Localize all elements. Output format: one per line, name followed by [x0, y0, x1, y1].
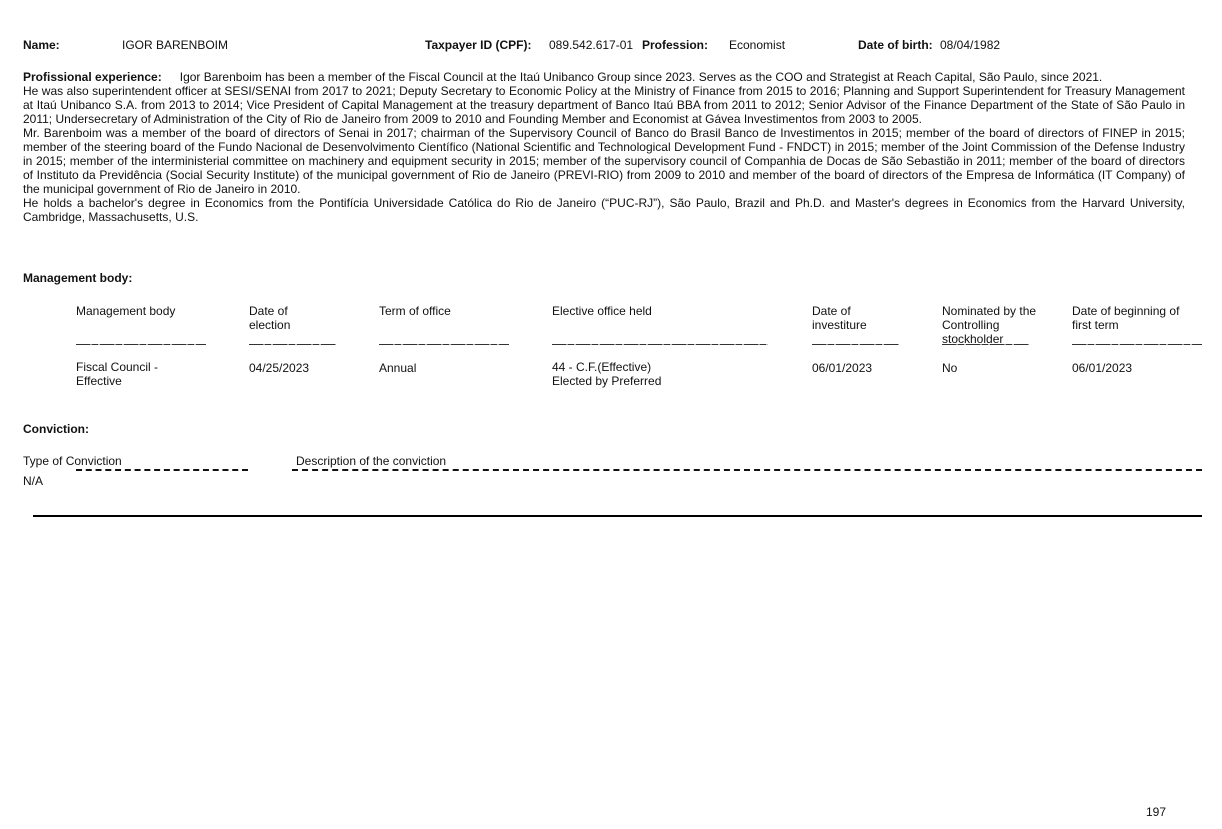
profession-label: Profession: — [642, 38, 708, 52]
education-paragraph: He holds a bachelor's degree in Economic… — [23, 196, 1185, 224]
conviction-type-divider — [76, 469, 248, 471]
management-body-title: Management body: — [23, 271, 132, 285]
column-header-term-of-office: Term of office — [379, 304, 509, 318]
section-end-rule — [33, 515, 1202, 517]
column-header-nominated-by-controlling: Nominated by the Controlling stockholder — [942, 304, 1037, 346]
column-divider — [76, 344, 206, 345]
page-number: 197 — [1146, 805, 1166, 819]
column-divider — [942, 344, 1029, 345]
conviction-title: Conviction: — [23, 422, 89, 436]
cell-date-of-election: 04/25/2023 — [249, 361, 309, 375]
column-header-date-of-election: Date of election — [249, 304, 329, 332]
cell-management-body: Fiscal Council - Effective — [76, 360, 186, 388]
column-header-date-of-investiture: Date of investiture — [812, 304, 892, 332]
conviction-type-value: N/A — [23, 474, 43, 488]
cell-term-of-office: Annual — [379, 361, 416, 375]
professional-experience: Profissional experience:Igor Barenboim h… — [23, 70, 1185, 224]
cell-date-of-investiture: 06/01/2023 — [812, 361, 872, 375]
conviction-description-header: Description of the conviction — [296, 454, 446, 468]
date-of-birth-value: 08/04/1982 — [940, 38, 1000, 52]
column-header-date-first-term: Date of beginning of first term — [1072, 304, 1182, 332]
experience-paragraph: Profissional experience:Igor Barenboim h… — [23, 70, 1185, 84]
cell-nominated-by-controlling: No — [942, 361, 957, 375]
cell-elective-office: 44 - C.F.(Effective) Elected by Preferre… — [552, 360, 677, 388]
experience-label: Profissional experience: — [23, 70, 162, 84]
column-divider — [812, 344, 899, 345]
cpf-value: 089.542.617-01 — [549, 38, 633, 52]
name-value: IGOR BARENBOIM — [122, 38, 228, 52]
experience-paragraph: Mr. Barenboim was a member of the board … — [23, 126, 1185, 196]
column-divider — [1072, 344, 1202, 345]
column-divider — [249, 344, 336, 345]
column-divider — [552, 344, 768, 345]
conviction-description-divider — [292, 469, 1202, 471]
name-label: Name: — [23, 38, 60, 52]
column-header-management-body: Management body — [76, 304, 186, 318]
profession-value: Economist — [729, 38, 785, 52]
column-header-elective-office: Elective office held — [552, 304, 752, 318]
column-divider — [379, 344, 509, 345]
cpf-label: Taxpayer ID (CPF): — [425, 38, 531, 52]
date-of-birth-label: Date of birth: — [858, 38, 933, 52]
conviction-type-header: Type of Conviction — [23, 454, 122, 468]
cell-date-first-term: 06/01/2023 — [1072, 361, 1132, 375]
experience-paragraph: He was also superintendent officer at SE… — [23, 84, 1185, 126]
